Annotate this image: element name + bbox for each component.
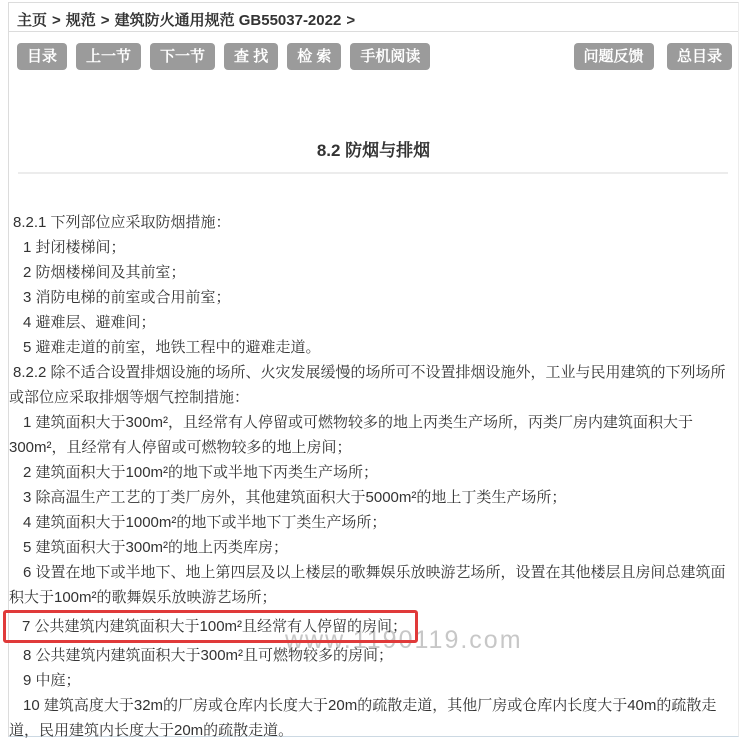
prev-section-button[interactable]: 上一节 xyxy=(76,43,141,70)
clause-8-2-2-item-10: 10 建筑高度大于32m的厂房或仓库内长度大于20m的疏散走道，其他厂房或仓库内… xyxy=(9,693,738,738)
regulation-page: 主页>规范>建筑防火通用规范 GB55037-2022> 目录 上一节 下一节 … xyxy=(8,2,739,737)
clause-8-2-2-item-8: 8 公共建筑内建筑面积大于300m²且可燃物较多的房间； xyxy=(9,643,738,668)
clause-8-2-1: 8.2.1 下列部位应采取防烟措施： xyxy=(9,210,738,235)
master-toc-button[interactable]: 总目录 xyxy=(667,43,732,70)
clause-8-2-2-item-1: 1 建筑面积大于300m²，且经常有人停留或可燃物较多的地上丙类生产场所，丙类厂… xyxy=(9,410,738,460)
clause-8-2-2-item-5: 5 建筑面积大于300m²的地上丙类库房； xyxy=(9,535,738,560)
clause-8-2-2-item-4: 4 建筑面积大于1000m²的地下或半地下丁类生产场所； xyxy=(9,510,738,535)
feedback-button[interactable]: 问题反馈 xyxy=(574,43,654,70)
breadcrumb-separator: > xyxy=(101,12,110,29)
clause-8-2-2-item-9: 9 中庭； xyxy=(9,668,738,693)
breadcrumb-home-link[interactable]: 主页 xyxy=(17,12,47,29)
search-button[interactable]: 检 索 xyxy=(287,43,341,70)
breadcrumb-separator: > xyxy=(346,12,355,29)
clause-8-2-2-item-2: 2 建筑面积大于100m²的地下或半地下丙类生产场所； xyxy=(9,460,738,485)
clause-8-2-2-item-3: 3 除高温生产工艺的丁类厂房外，其他建筑面积大于5000m²的地上丁类生产场所； xyxy=(9,485,738,510)
find-button[interactable]: 查 找 xyxy=(224,43,278,70)
clause-8-2-2-item-7-highlighted: 7 公共建筑内建筑面积大于100m²且经常有人停留的房间； xyxy=(3,610,418,643)
clause-8-2-1-item-1: 1 封闭楼梯间； xyxy=(9,235,738,260)
clause-8-2-1-item-4: 4 避难层、避难间； xyxy=(9,310,738,335)
breadcrumb-standard-link[interactable]: 建筑防火通用规范 GB55037-2022 xyxy=(115,12,342,29)
clause-8-2-1-item-5: 5 避难走道的前室，地铁工程中的避难走道。 xyxy=(9,335,738,360)
section-title: 8.2 防烟与排烟 xyxy=(9,140,738,162)
section-content: www.1190119.com 8.2.1 下列部位应采取防烟措施： 1 封闭楼… xyxy=(9,210,738,738)
mobile-reading-button[interactable]: 手机阅读 xyxy=(350,43,430,70)
clause-8-2-1-item-2: 2 防烟楼梯间及其前室； xyxy=(9,260,738,285)
clause-8-2-2-item-6: 6 设置在地下或半地下、地上第四层及以上楼层的歌舞娱乐放映游艺场所，设置在其他楼… xyxy=(9,560,738,610)
breadcrumb: 主页>规范>建筑防火通用规范 GB55037-2022> xyxy=(9,3,738,32)
clause-8-2-1-item-3: 3 消防电梯的前室或合用前室； xyxy=(9,285,738,310)
clause-8-2-2: 8.2.2 除不适合设置排烟设施的场所、火灾发展缓慢的场所可不设置排烟设施外，工… xyxy=(9,360,738,410)
breadcrumb-separator: > xyxy=(52,12,61,29)
toolbar: 目录 上一节 下一节 查 找 检 索 手机阅读 问题反馈 总目录 xyxy=(9,32,738,80)
clause-text: 8.2.1 下列部位应采取防烟措施： 1 封闭楼梯间； 2 防烟楼梯间及其前室；… xyxy=(9,210,738,738)
title-divider xyxy=(18,172,728,174)
toc-button[interactable]: 目录 xyxy=(17,43,67,70)
breadcrumb-category-link[interactable]: 规范 xyxy=(66,12,96,29)
next-section-button[interactable]: 下一节 xyxy=(150,43,215,70)
